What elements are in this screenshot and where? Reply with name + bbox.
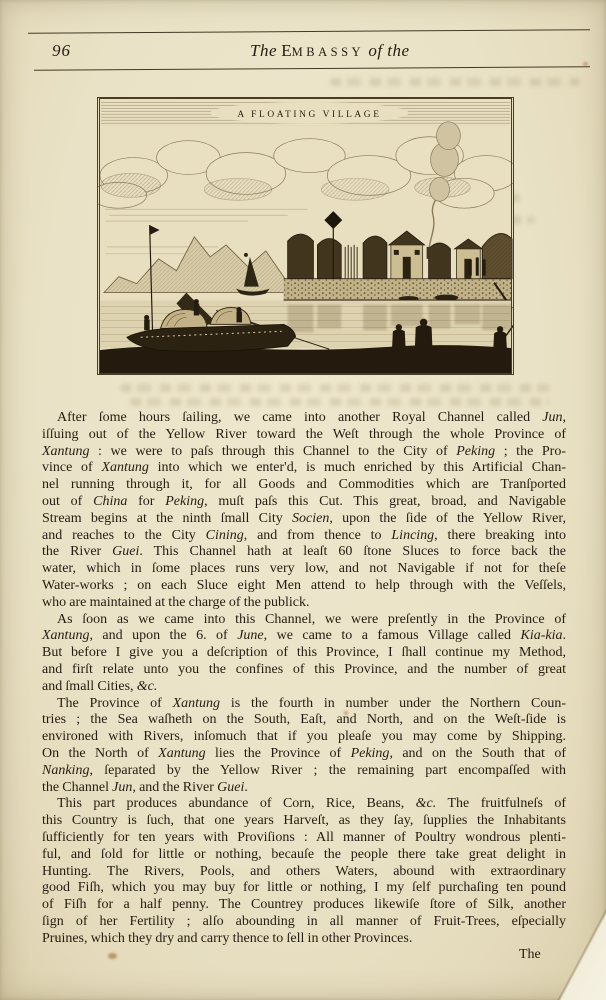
engraving-image: A FLOATING VILLAGE <box>98 98 513 374</box>
text-line: vince of Xantung into which we enter'd, … <box>42 460 566 477</box>
text-line: Xantung : we were to paſs through this C… <box>42 444 566 461</box>
show-through <box>330 78 580 86</box>
text-line: who are maintained at the charge of the … <box>42 595 566 612</box>
scanned-book-page: { "colors": { "paper": "#eae2c6", "ink":… <box>0 0 606 1000</box>
engraving-title: A FLOATING VILLAGE <box>237 110 381 120</box>
text-line: On the North of Xantung lies the Provinc… <box>42 746 566 763</box>
show-through <box>120 384 550 392</box>
text-line: ſufficiently for ten years with Proviſio… <box>42 830 566 847</box>
paragraph: After ſome hours ſailing, we came into a… <box>42 410 566 612</box>
moored-sampan <box>435 295 459 301</box>
header-rule-top <box>28 29 590 34</box>
text-line: But before I give you a deſcription of t… <box>42 645 566 662</box>
text-line: Water-works ; on each Sluce eight Men at… <box>42 578 566 595</box>
text-line: ſign of her Fertility ; alſo abounding i… <box>42 914 566 931</box>
text-line: good Fiſh, which you may buy for little … <box>42 880 566 897</box>
paragraph: The Province of Xantung is the fourth in… <box>42 696 566 797</box>
text-line: ful, and ſold for little or nothing, bec… <box>42 847 566 864</box>
sky-streaks <box>105 209 308 254</box>
catchword: The <box>519 947 541 963</box>
foxing-spot <box>108 953 117 959</box>
text-line: of Fiſh for a half penny. The Countrey p… <box>42 897 566 914</box>
text-line: After ſome hours ſailing, we came into a… <box>42 410 566 427</box>
header-rule-bottom <box>34 66 590 71</box>
text-line: The Province of Xantung is the fourth in… <box>42 696 566 713</box>
villager-figures <box>469 257 486 275</box>
text-line: and reaches to the City Cining, and from… <box>42 528 566 545</box>
text-line: the River Guei. This Channel hath at lea… <box>42 544 566 561</box>
text-line: nel running through it, for all Goods an… <box>42 477 566 494</box>
text-line: the Channel Jun, and the River Guei. <box>42 780 566 797</box>
text-line: and firſt relate unto you the confines o… <box>42 662 566 679</box>
paragraph: As ſoon as we came into this Channel, we… <box>42 612 566 696</box>
floating-village-engraving: A FLOATING VILLAGE <box>97 97 514 375</box>
text-line: environed with Rivers, inſomuch that if … <box>42 729 566 746</box>
mountains <box>104 237 294 293</box>
moored-sampan <box>399 296 419 301</box>
text-line: Nanking, ſeparated by the Yellow River ;… <box>42 763 566 780</box>
body-text: After ſome hours ſailing, we came into a… <box>42 410 566 948</box>
text-line: Xantung, and upon the 6. of June, we cam… <box>42 628 566 645</box>
mast-pennant <box>150 225 160 235</box>
text-line: Stream begins at the ninth ſmall City So… <box>42 511 566 528</box>
text-line: water, which in ſome places runs very lo… <box>42 561 566 578</box>
floating-village <box>284 211 512 308</box>
text-line: As ſoon as we came into this Channel, we… <box>42 612 566 629</box>
show-through <box>130 398 550 406</box>
text-line: out of China for Peking, muſt paſs this … <box>42 494 566 511</box>
text-line: and ſmall Cities, &c. <box>42 679 566 696</box>
page-number: 96 <box>52 41 71 61</box>
text-line: Pruines, which they dry and carry thence… <box>42 931 566 948</box>
text-line: This part produces abundance of Corn, Ri… <box>42 796 566 813</box>
text-line: iſſuing out of the Yellow River toward t… <box>42 427 566 444</box>
running-head: The EMBASSY of the <box>250 41 410 61</box>
text-line: this Country is ſuch, that one years Har… <box>42 813 566 830</box>
text-line: Hunting. The Rivers, Pools, and others W… <box>42 864 566 881</box>
paragraph: This part produces abundance of Corn, Ri… <box>42 796 566 947</box>
text-line: tries ; the Sea waſheth on the South, Ea… <box>42 712 566 729</box>
